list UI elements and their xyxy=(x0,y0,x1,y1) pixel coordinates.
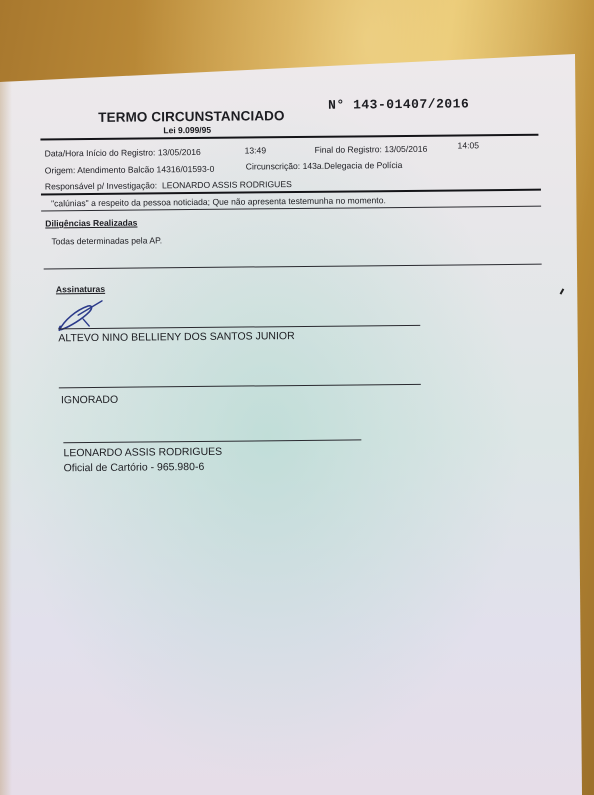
pen-mark xyxy=(560,288,565,294)
diligences-text: Todas determinadas pela AP. xyxy=(51,235,162,246)
start-date: 13/05/2016 xyxy=(158,147,201,157)
signer-name-1: ALTEVO NINO BELLIENY DOS SANTOS JUNIOR xyxy=(58,330,294,344)
signature-line-1 xyxy=(58,325,420,329)
diligences-divider xyxy=(44,264,542,270)
responsible-value: LEONARDO ASSIS RODRIGUES xyxy=(162,179,292,190)
signature-line-3 xyxy=(63,439,361,443)
signature-line-2 xyxy=(59,384,421,388)
diligences-heading: Diligências Realizadas xyxy=(45,218,137,229)
end-date: 13/05/2016 xyxy=(384,144,427,154)
law-reference: Lei 9.099/95 xyxy=(163,125,211,135)
document-number: N° 143-01407/2016 xyxy=(328,96,469,112)
responsible-label: Responsável p/ Investigação: xyxy=(45,180,157,191)
origin-label: Origem: xyxy=(45,165,76,175)
end-time: 14:05 xyxy=(457,140,479,150)
signer-name-2: IGNORADO xyxy=(61,394,118,407)
document-title: TERMO CIRCUNSTANCIADO xyxy=(98,108,284,125)
end-registration: Final do Registro: 13/05/2016 xyxy=(315,144,428,155)
start-label: Data/Hora Início do Registro: xyxy=(45,147,156,158)
document-content: TERMO CIRCUNSTANCIADO Lei 9.099/95 N° 14… xyxy=(0,0,594,795)
start-time: 13:49 xyxy=(245,145,267,155)
signer-name-3: LEONARDO ASSIS RODRIGUES xyxy=(63,446,222,460)
signer-role-3: Oficial de Cartório - 965.980-6 xyxy=(64,461,205,474)
end-label: Final do Registro: xyxy=(315,144,382,155)
circumscription-field: Circunscrição: 143a.Delegacia de Polícia xyxy=(246,160,403,172)
circumscription-label: Circunscrição: xyxy=(246,161,301,172)
narrative-text: "calúnias" a respeito da pessoa noticiad… xyxy=(51,195,386,208)
start-registration: Data/Hora Início do Registro: 13/05/2016 xyxy=(45,147,201,158)
circumscription-value: 143a.Delegacia de Polícia xyxy=(303,160,403,171)
signatures-heading: Assinaturas xyxy=(56,284,105,294)
responsible-field: Responsável p/ Investigação: LEONARDO AS… xyxy=(45,179,292,191)
origin-field: Origem: Atendimento Balcão 14316/01593-0 xyxy=(45,164,215,176)
origin-value: Atendimento Balcão 14316/01593-0 xyxy=(77,164,214,175)
